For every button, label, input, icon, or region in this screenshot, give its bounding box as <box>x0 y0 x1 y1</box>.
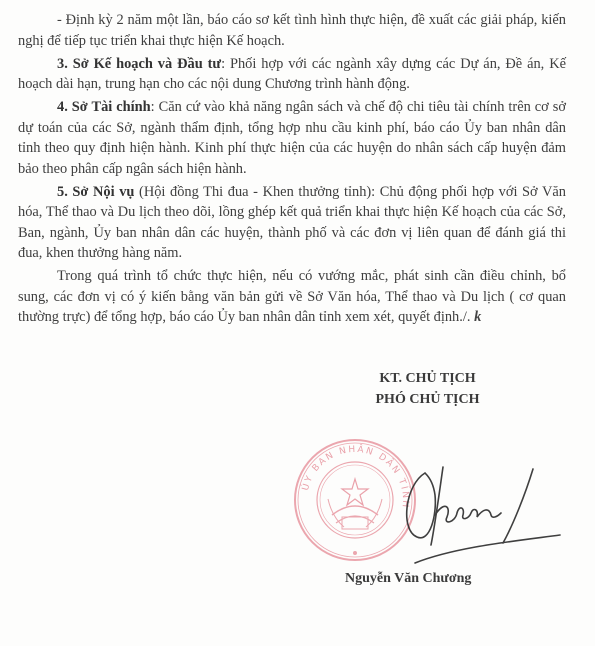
paragraph-text: - Định kỳ 2 năm một lần, báo cáo sơ kết … <box>18 12 566 49</box>
paragraph-closing: Trong quá trình tổ chức thực hiện, nếu c… <box>18 266 566 328</box>
paragraph-dept-finance: 4. Sở Tài chính: Căn cứ vào khả năng ngâ… <box>18 97 566 179</box>
handwritten-signature-icon <box>395 455 580 565</box>
paragraph-dept-home-affairs: 5. Sở Nội vụ (Hội đồng Thi đua - Khen th… <box>18 182 566 264</box>
document-page: - Định kỳ 2 năm một lần, báo cáo sơ kết … <box>0 0 595 646</box>
initial-mark: k <box>474 309 481 325</box>
signatory-title-line-1: KT. CHỦ TỊCH <box>325 369 530 389</box>
signatory-title-line-2: PHÓ CHỦ TỊCH <box>325 390 530 410</box>
document-body: - Định kỳ 2 năm một lần, báo cáo sơ kết … <box>18 10 566 330</box>
paragraph-dept-planning: 3. Sở Kế hoạch và Đầu tư: Phối hợp với c… <box>18 54 566 95</box>
paragraph-text: Trong quá trình tổ chức thực hiện, nếu c… <box>18 268 566 325</box>
paragraph-heading: 3. Sở Kế hoạch và Đầu tư <box>57 56 221 72</box>
paragraph-heading: 4. Sở Tài chính <box>57 99 151 115</box>
signer-name: Nguyễn Văn Chương <box>345 571 471 587</box>
paragraph-heading: 5. Sở Nội vụ <box>57 184 134 200</box>
paragraph-periodic-report: - Định kỳ 2 năm một lần, báo cáo sơ kết … <box>18 10 566 51</box>
